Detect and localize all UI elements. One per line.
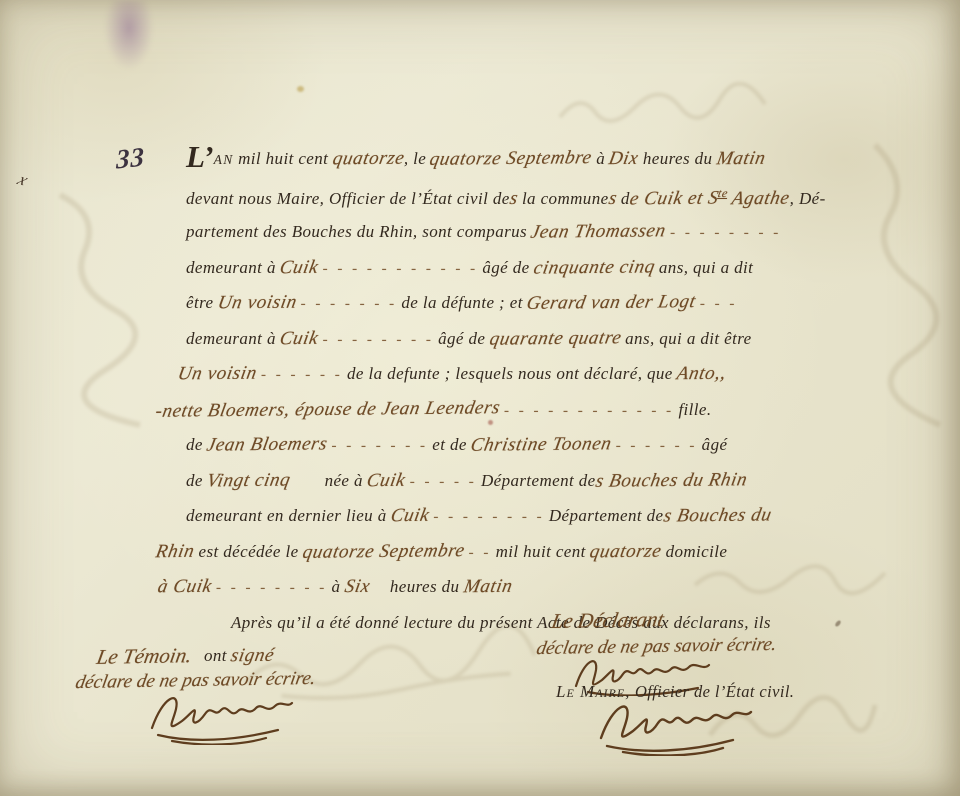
act-line: de Jean Bloemers - - - - - - - et de Chr… <box>186 428 920 464</box>
filler-dashes: - - - - - <box>410 466 477 500</box>
printed-text: devant nous Maire, Officier de l’État ci… <box>186 189 510 208</box>
handwritten-text: Cuik <box>388 499 433 533</box>
act-line: Rhin est décédée le quatorze Septembre -… <box>156 535 920 571</box>
handwritten-text: Christine Toonen <box>468 427 615 462</box>
printed-text: de <box>186 471 203 490</box>
printed-text: et de <box>432 435 467 454</box>
filler-dashes: - - - - - - <box>261 359 343 393</box>
act-line: de Vingt cinq née à Cuik - - - - - Dépar… <box>186 464 920 500</box>
handwritten-text: quatorze Septembre <box>427 141 595 176</box>
handwritten-text: Matin <box>461 570 516 604</box>
printed-text: domicile <box>666 542 728 561</box>
handwritten-text: Dix <box>606 142 641 176</box>
handwritten-text: Rhin <box>153 534 198 568</box>
filler-dashes: - - - - - - - - - - - - <box>504 395 674 429</box>
handwritten-text: à Cuik <box>155 570 215 604</box>
act-line: -nette Bloemers, épouse de Jean Leenders… <box>156 393 920 429</box>
printed-text: Après qu’il a été donné lecture du prése… <box>231 613 771 632</box>
handwritten-text: Anto,, <box>674 357 729 391</box>
handwritten-text: Cuik <box>277 250 322 284</box>
handwritten-text: Cuik <box>364 463 409 497</box>
filler-dashes: - - - - - - <box>616 430 698 464</box>
printed-text: de la défunte ; et <box>401 293 522 312</box>
filler-dashes: - - - - - - - <box>332 430 428 464</box>
filler-dashes: - - - <box>700 288 738 322</box>
filler-dashes: - - - - - - - <box>301 288 397 322</box>
printed-text: demeurant à <box>186 258 276 277</box>
act-line: être Un voisin - - - - - - - de la défun… <box>186 286 920 322</box>
handwritten-text: Un voisin <box>175 357 260 391</box>
printed-text: an <box>214 152 234 167</box>
printed-text: à <box>596 149 605 168</box>
printed-text: Département de <box>481 471 596 490</box>
act-body: L’an mil huit cent quatorze, le quatorze… <box>0 0 960 673</box>
printed-text: de la defunte ; lesquels nous ont déclar… <box>347 364 673 383</box>
printed-text: partement des Bouches du Rhin, sont comp… <box>186 222 527 241</box>
scanned-death-record-page: 33 x L’an mil huit cent quatorze, le qua… <box>0 0 960 796</box>
printed-text: âgé <box>702 435 728 454</box>
witness-signature <box>146 690 296 745</box>
handwritten-text: s Bouches du <box>660 498 774 533</box>
handwritten-text: quatorze Septembre <box>300 534 468 569</box>
handwritten-text: e Cuik et S <box>627 181 722 215</box>
handwritten-text: quatorze <box>329 142 407 176</box>
handwritten-text: Matin <box>714 142 769 176</box>
declarant-title-handwritten: Le Déclarant <box>550 607 666 634</box>
printed-text: heures du <box>390 577 460 596</box>
printed-text: demeurant à <box>186 329 276 348</box>
handwritten-text: Agathe <box>729 181 793 215</box>
handwritten-text: quarante quatre <box>486 321 624 356</box>
filler-dashes: - - - - - - - - <box>216 572 327 606</box>
printed-text: ont <box>204 646 227 665</box>
printed-text: de <box>186 435 203 454</box>
act-line: demeurant à Cuik - - - - - - - - âgé de … <box>186 322 920 358</box>
act-line: partement des Bouches du Rhin, sont comp… <box>186 215 920 251</box>
printed-text: L’ <box>186 139 214 174</box>
handwritten-text: Vingt cinq <box>204 463 294 497</box>
printed-text: est décédée le <box>199 542 299 561</box>
printed-text: âgé de <box>438 329 485 348</box>
witness-title-handwritten: Le Témoin. <box>95 643 194 670</box>
printed-text: demeurant en dernier lieu à <box>186 506 387 525</box>
printed-text: mil huit cent <box>238 149 328 168</box>
act-line: Un voisin - - - - - - de la defunte ; le… <box>178 357 920 393</box>
filler-dashes: - - - - - - - - - - - <box>323 253 478 287</box>
handwritten-text: Cuik <box>277 321 322 355</box>
printed-text: fille. <box>678 400 711 419</box>
handwritten-text: s Bouches du Rhin <box>592 463 750 498</box>
printed-text: la commune <box>522 189 609 208</box>
act-line: à Cuik - - - - - - - - à Six heures du M… <box>158 570 920 606</box>
handwritten-text: Six <box>342 570 373 604</box>
act-line: demeurant à Cuik - - - - - - - - - - - â… <box>186 251 920 287</box>
act-line: L’an mil huit cent quatorze, le quatorze… <box>186 140 920 177</box>
act-line: devant nous Maire, Officier de l’État ci… <box>186 177 920 216</box>
handwritten-text: quatorze <box>587 534 665 568</box>
printed-text: ans, qui a dit <box>659 258 753 277</box>
handwritten-text: signé <box>228 639 277 673</box>
printed-text: à <box>331 577 340 596</box>
printed-text: Département de <box>549 506 664 525</box>
printed-text: , le <box>404 149 426 168</box>
handwritten-text: Un voisin <box>214 286 299 320</box>
filler-dashes: - - - - - - - - <box>433 501 544 535</box>
handwritten-text: Jean Bloemers <box>204 427 331 462</box>
printed-text: heures du <box>643 149 713 168</box>
act-line: demeurant en dernier lieu à Cuik - - - -… <box>186 499 920 535</box>
handwritten-text: Gerard van der Logt <box>524 285 699 320</box>
handwritten-text: -nette Bloemers, épouse de Jean Leenders <box>153 391 504 428</box>
filler-dashes: - - - - - - - - <box>323 324 434 358</box>
printed-text: être <box>186 293 213 312</box>
filler-dashes: - - - - - - - - <box>670 217 781 251</box>
printed-text: âgé de <box>482 258 529 277</box>
printed-text: mil huit cent <box>496 542 586 561</box>
printed-text: née à <box>325 471 363 490</box>
printed-text: , Dé- <box>790 189 826 208</box>
mayor-signature <box>593 698 758 756</box>
printed-text: ans, qui a dit être <box>625 329 751 348</box>
filler-dashes: - - <box>469 537 492 571</box>
handwritten-text: Jean Thomassen <box>528 214 669 249</box>
handwritten-text: cinquante cinq <box>531 250 658 285</box>
